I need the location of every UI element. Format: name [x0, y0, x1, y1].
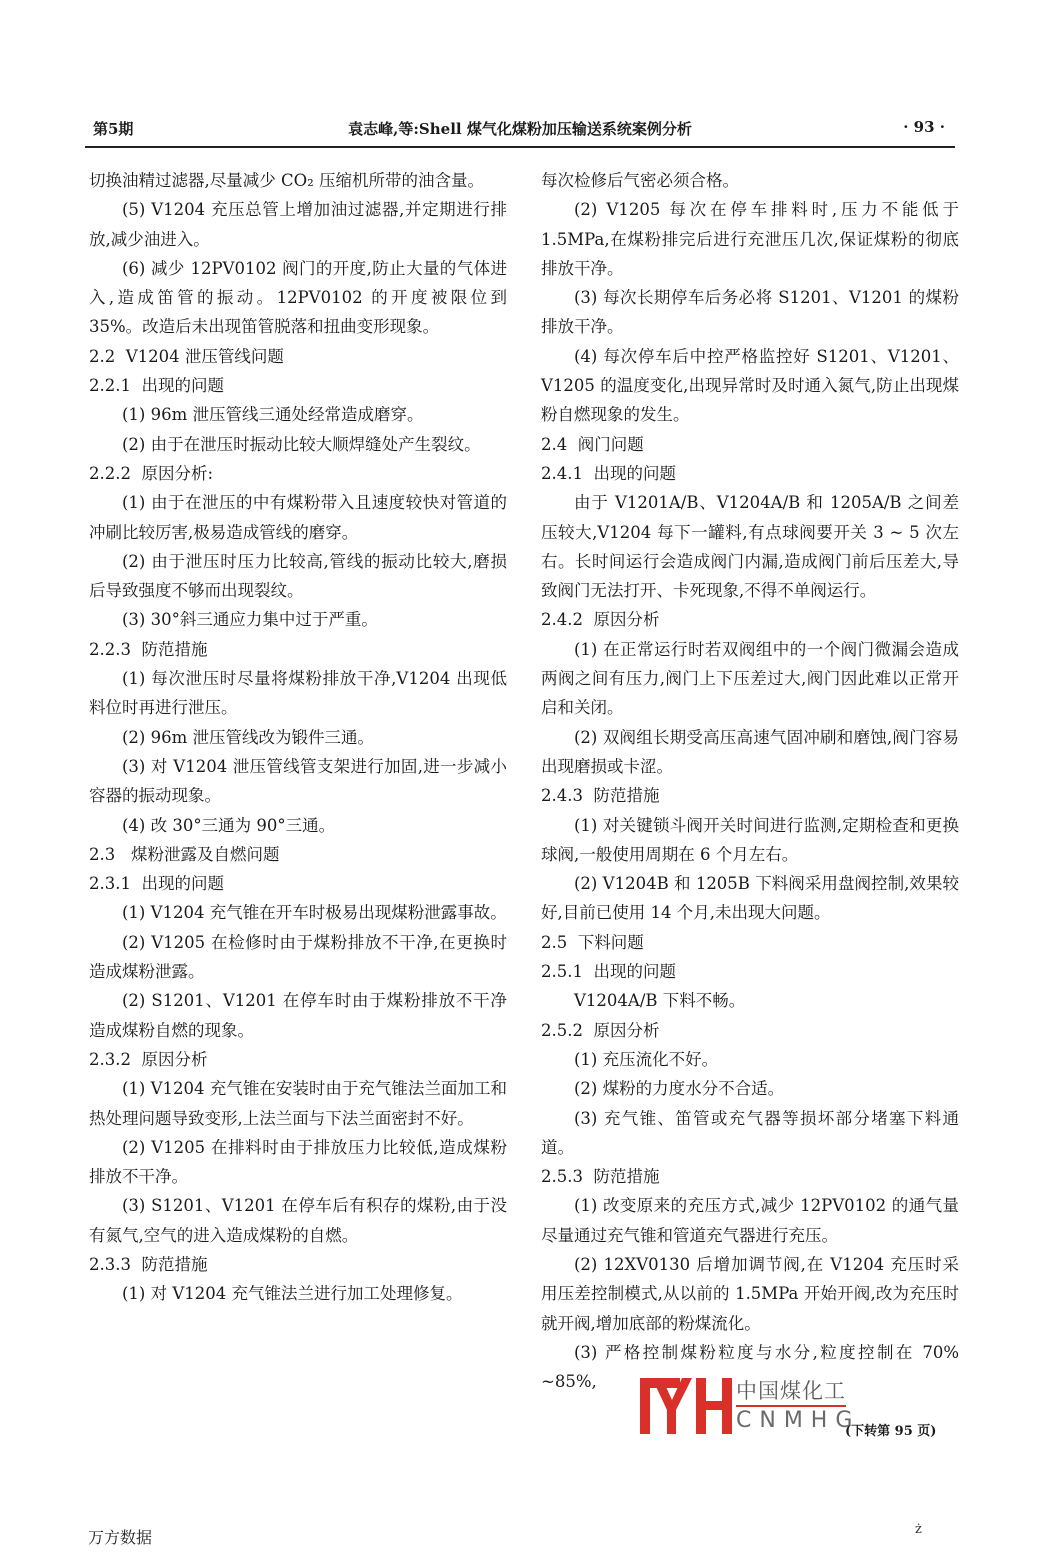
paragraph: (4) 改 30°三通为 90°三通。: [89, 811, 507, 840]
paragraph: (1) V1204 充气锥在安装时由于充气锥法兰面加工和热处理问题导致变形,上法…: [89, 1074, 507, 1133]
section-heading: 2.3.3 防范措施: [89, 1250, 507, 1279]
paragraph: (1) 改变原来的充压方式,减少 12PV0102 的通气量尽量通过充气锥和管道…: [541, 1191, 959, 1250]
running-header: 第5期 袁志峰,等:Shell 煤气化煤粉加压输送系统案例分析 · 93 ·: [85, 116, 955, 144]
paragraph: (2) 煤粉的力度水分不合适。: [541, 1074, 959, 1103]
paragraph: (1) 在正常运行时若双阀组中的一个阀门微漏会造成两阀之间有压力,阀门上下压差过…: [541, 635, 959, 723]
paragraph: V1204A/B 下料不畅。: [541, 986, 959, 1015]
footer-mark: ż: [915, 1522, 922, 1537]
paragraph: (2) V1204B 和 1205B 下料阀采用盘阀控制,效果较好,目前已使用 …: [541, 869, 959, 928]
paragraph: (3) S1201、V1201 在停车后有积存的煤粉,由于没有氮气,空气的进入造…: [89, 1191, 507, 1250]
logo-text-cn: 中国煤化工: [736, 1375, 846, 1405]
section-heading: 2.5.1 出现的问题: [541, 957, 959, 986]
paragraph: (1) 96m 泄压管线三通处经常造成磨穿。: [89, 400, 507, 429]
logo-text-en: CNMHG: [736, 1408, 860, 1433]
paragraph: (2) 双阀组长期受高压高速气固冲刷和磨蚀,阀门容易出现磨损或卡涩。: [541, 723, 959, 782]
section-heading: 2.3 煤粉泄露及自燃问题: [89, 840, 507, 869]
paragraph: (2) 由于泄压时压力比较高,管线的振动比较大,磨损后导致强度不够而出现裂纹。: [89, 547, 507, 606]
section-heading: 2.4.3 防范措施: [541, 781, 959, 810]
running-title: 袁志峰,等:Shell 煤气化煤粉加压输送系统案例分析: [85, 118, 955, 139]
paragraph: (1) 每次泄压时尽量将煤粉排放干净,V1204 出现低料位时再进行泄压。: [89, 664, 507, 723]
paragraph: (2) V1205 在排料时由于排放压力比较低,造成煤粉排放不干净。: [89, 1133, 507, 1192]
paragraph: (1) 由于在泄压的中有煤粉带入且速度较快对管道的冲刷比较厉害,极易造成管线的磨…: [89, 488, 507, 547]
section-heading: 2.2.3 防范措施: [89, 635, 507, 664]
section-heading: 2.2.2 原因分析:: [89, 459, 507, 488]
page-number: · 93 ·: [903, 118, 945, 136]
logo-rule: [736, 1405, 846, 1407]
paragraph: (3) 每次长期停车后务必将 S1201、V1201 的煤粉排放干净。: [541, 283, 959, 342]
paragraph: (5) V1204 充压总管上增加油过滤器,并定期进行排放,减少油进入。: [89, 195, 507, 254]
section-heading: 2.3.1 出现的问题: [89, 869, 507, 898]
paragraph: (2) V1205 每次在停车排料时,压力不能低于 1.5MPa,在煤粉排完后进…: [541, 195, 959, 283]
paragraph: (3) 30°斜三通应力集中过于严重。: [89, 605, 507, 634]
paragraph: 切换油精过滤器,尽量减少 CO₂ 压缩机所带的油含量。: [89, 166, 507, 195]
paragraph: 由于 V1201A/B、V1204A/B 和 1205A/B 之间差压较大,V1…: [541, 488, 959, 605]
paragraph: (2) 12XV0130 后增加调节阀,在 V1204 充压时采用压差控制模式,…: [541, 1250, 959, 1338]
paragraph: (1) 对 V1204 充气锥法兰进行加工处理修复。: [89, 1279, 507, 1308]
paragraph: (2) V1205 在检修时由于煤粉排放不干净,在更换时造成煤粉泄露。: [89, 928, 507, 987]
paragraph: (2) S1201、V1201 在停车时由于煤粉排放不干净造成煤粉自燃的现象。: [89, 986, 507, 1045]
paragraph: (3) 充气锥、笛管或充气器等损坏部分堵塞下料通道。: [541, 1104, 959, 1163]
section-heading: 2.3.2 原因分析: [89, 1045, 507, 1074]
footer-source: 万方数据: [88, 1525, 152, 1548]
paragraph: (2) 96m 泄压管线改为锻件三通。: [89, 723, 507, 752]
section-heading: 2.5.2 原因分析: [541, 1016, 959, 1045]
left-column: 切换油精过滤器,尽量减少 CO₂ 压缩机所带的油含量。(5) V1204 充压总…: [89, 166, 507, 1309]
section-heading: 2.2 V1204 泄压管线问题: [89, 342, 507, 371]
paragraph: (1) 对关键锁斗阀开关时间进行监测,定期检查和更换球阀,一般使用周期在 6 个…: [541, 811, 959, 870]
paragraph: (4) 每次停车后中控严格监控好 S1201、V1201、V1205 的温度变化…: [541, 342, 959, 430]
watermark-logo: 中国煤化工 CNMHG: [640, 1378, 850, 1434]
section-heading: 2.5 下料问题: [541, 928, 959, 957]
paragraph: 每次检修后气密必须合格。: [541, 166, 959, 195]
paragraph: (3) 对 V1204 泄压管线管支架进行加固,进一步减小容器的振动现象。: [89, 752, 507, 811]
cnmhg-logo-icon: [640, 1378, 732, 1434]
section-heading: 2.5.3 防范措施: [541, 1162, 959, 1191]
section-heading: 2.4.2 原因分析: [541, 605, 959, 634]
paragraph: (1) V1204 充气锥在开车时极易出现煤粉泄露事故。: [89, 898, 507, 927]
right-column: 每次检修后气密必须合格。(2) V1205 每次在停车排料时,压力不能低于 1.…: [541, 166, 959, 1396]
paragraph: (2) 由于在泄压时振动比较大顺焊缝处产生裂纹。: [89, 430, 507, 459]
header-rule: [85, 146, 955, 148]
paragraph: (6) 减少 12PV0102 阀门的开度,防止大量的气体进入,造成笛管的振动。…: [89, 254, 507, 342]
section-heading: 2.4.1 出现的问题: [541, 459, 959, 488]
section-heading: 2.2.1 出现的问题: [89, 371, 507, 400]
continued-note: (下转第 95 页): [845, 1420, 936, 1439]
section-heading: 2.4 阀门问题: [541, 430, 959, 459]
paragraph: (1) 充压流化不好。: [541, 1045, 959, 1074]
